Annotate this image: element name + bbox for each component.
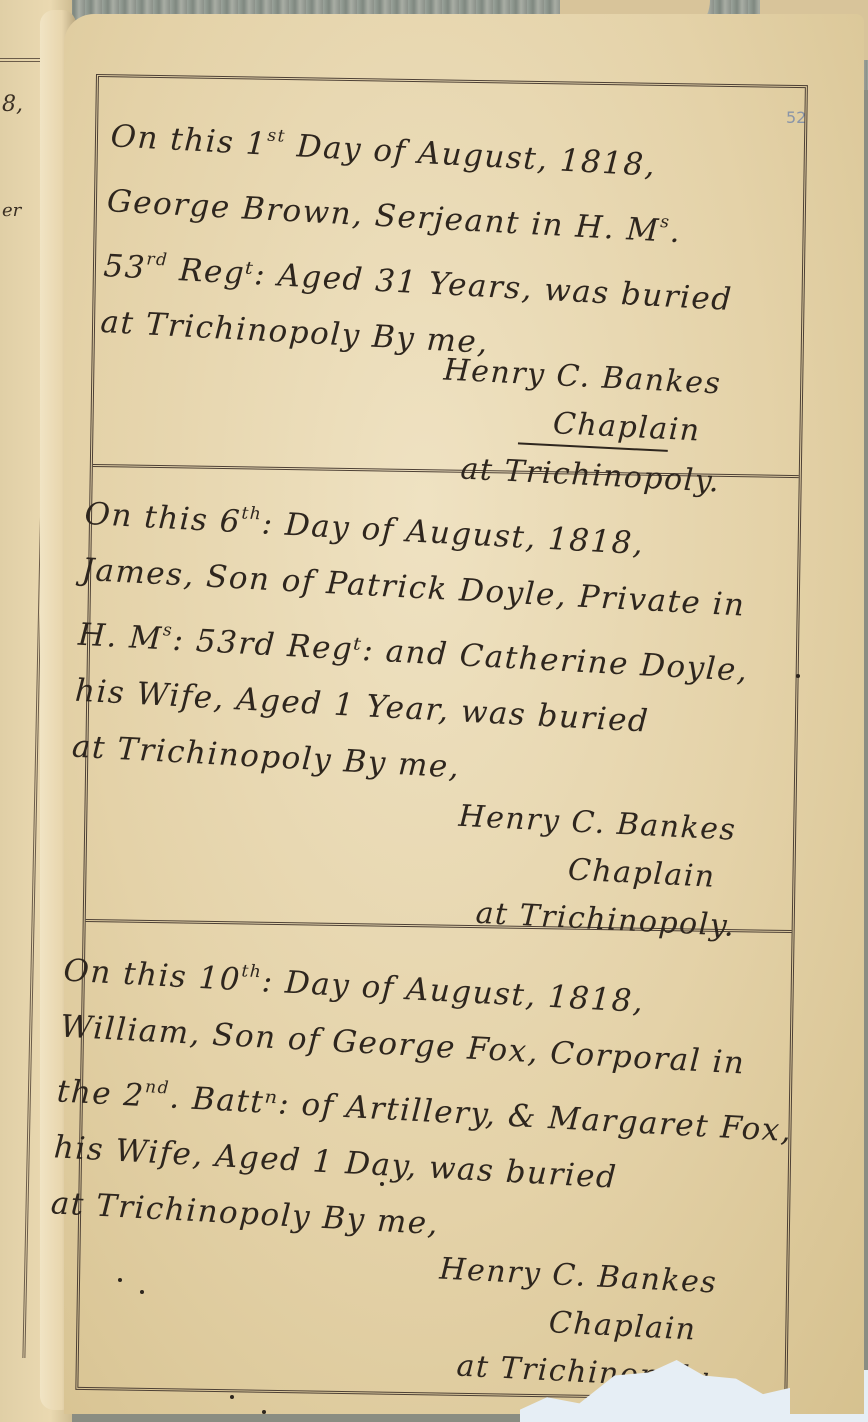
pinhole — [140, 1290, 144, 1294]
pinhole — [262, 1410, 266, 1414]
left-page-fragment: er — [2, 200, 21, 221]
burial-entry-george-brown: On this 1st Day of August, 1818, George … — [93, 77, 805, 478]
entry-text: On this 6th: Day of August, 1818, James,… — [71, 477, 782, 812]
entry-text: On this 10th: Day of August, 1818, Willi… — [49, 934, 774, 1270]
pinhole — [230, 1395, 234, 1399]
pinhole — [380, 1182, 384, 1186]
burial-entry-james-doyle: On this 6th: Day of August, 1818, James,… — [86, 467, 799, 933]
entry-text: On this 1st Day of August, 1818, George … — [99, 99, 788, 386]
pinhole — [796, 674, 800, 678]
left-page-fragment: 8, — [2, 92, 23, 117]
burial-entry-william-fox: On this 10th: Day of August, 1818, Willi… — [78, 922, 791, 1398]
ruled-line — [0, 58, 40, 62]
register-frame: On this 1st Day of August, 1818, George … — [75, 74, 808, 1401]
chaplain-signature: Henry C. Bankes Chaplain at Trichinopoly… — [452, 793, 741, 951]
pinhole — [118, 1278, 122, 1282]
